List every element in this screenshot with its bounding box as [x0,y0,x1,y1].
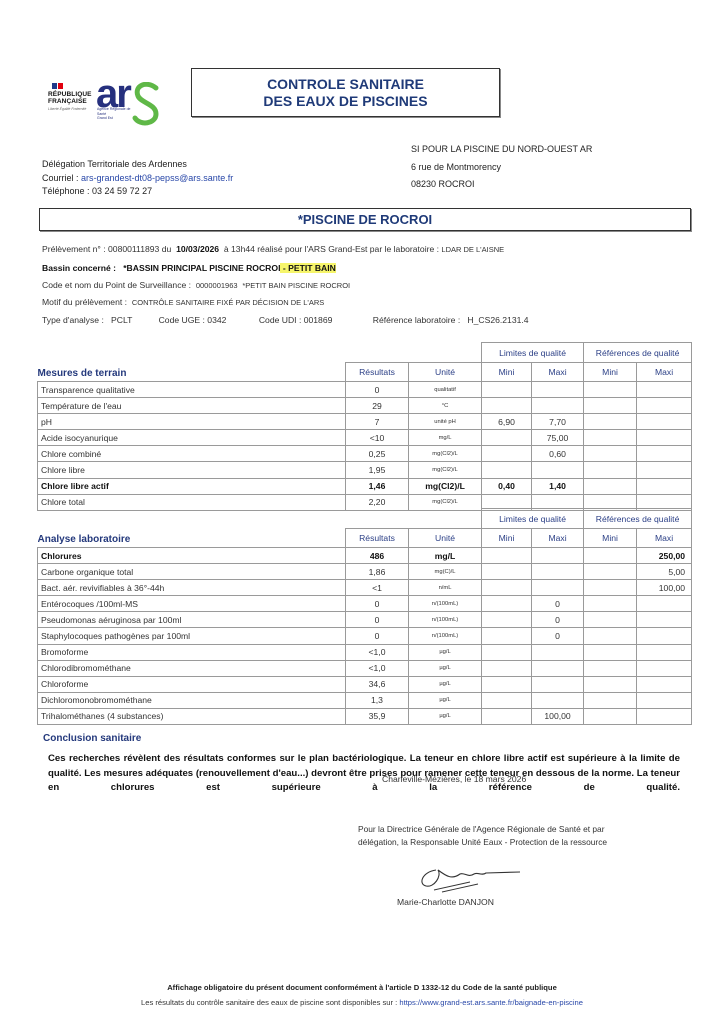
references-group-header: Références de qualité [584,509,692,529]
limit-min [482,580,532,596]
table-row: Bromoforme<1,0µg/L [38,644,692,660]
table-row: Pseudomonas aéruginosa par 100ml0n/(100m… [38,612,692,628]
labo-section-title: Analyse laboratoire [38,529,346,548]
limit-max: 0 [532,596,584,612]
reference-min [584,462,637,478]
marianne-flag-icon [52,83,94,89]
bassin-highlight: - PETIT BAIN [280,263,335,273]
limit-max: 0 [532,628,584,644]
parameter-name: pH [38,414,346,430]
conclusion-text: Ces recherches révèlent des résultats co… [48,752,680,796]
table-row: Dichloromonobromométhane1,3µg/L [38,692,692,708]
sender-delegation: Délégation Territoriale des Ardennes [42,158,233,172]
reference-max [637,430,692,446]
surveillance-point-line: Code et nom du Point de Surveillance : 0… [42,280,350,290]
table-row: Staphylocoques pathogènes par 100ml0n/(1… [38,628,692,644]
analysis-type-line: Type d'analyse : PCLT Code UGE : 0342 Co… [42,315,529,325]
references-group-header: Références de qualité [584,343,692,363]
reference-min [584,430,637,446]
delegation-text: Pour la Directrice Générale de l'Agence … [358,823,607,849]
reference-max: 5,00 [637,564,692,580]
reference-max [637,596,692,612]
parameter-name: Entérocoques /100ml-MS [38,596,346,612]
unit: µg/L [409,676,482,692]
result-value: 0 [346,628,409,644]
reference-min [584,692,637,708]
reference-min [584,382,637,398]
sample-date: 10/03/2026 [176,244,219,254]
reference-min [584,478,637,494]
parameter-name: Chloroforme [38,676,346,692]
table-row: Carbone organique total1,86mg(C)/L5,00 [38,564,692,580]
result-value: 34,6 [346,676,409,692]
pool-title: *PISCINE DE ROCROI [298,212,432,227]
recipient-city: 08230 ROCROI [411,176,592,194]
parameter-name: Bromoforme [38,644,346,660]
parameter-name: Trihalométhanes (4 substances) [38,708,346,724]
result-value: 1,95 [346,462,409,478]
reference-min [584,628,637,644]
limit-max: 75,00 [532,430,584,446]
result-value: 7 [346,414,409,430]
reference-max [637,398,692,414]
sender-email-link[interactable]: ars-grandest-dt08-pepss@ars.sante.fr [81,173,233,183]
parameter-name: Transparence qualitative [38,382,346,398]
limit-max: 0 [532,612,584,628]
table-row: Acide isocyanurique<10mg/L75,00 [38,430,692,446]
result-value: 486 [346,548,409,564]
limit-min [482,644,532,660]
table-row: Chlore libre actif1,46mg(Cl2)/L0,401,40 [38,478,692,494]
limit-max: 7,70 [532,414,584,430]
limit-min: 6,90 [482,414,532,430]
result-value: <1 [346,580,409,596]
republique-francaise-logo: RÉPUBLIQUE FRANÇAISE Liberté Égalité Fra… [48,83,94,111]
unit: n/(100mL) [409,596,482,612]
lab-name: LDAR DE L'AISNE [441,245,504,254]
signature-icon [412,862,522,896]
table-row: Entérocoques /100ml-MS0n/(100mL)0 [38,596,692,612]
reference-max [637,676,692,692]
limit-min [482,628,532,644]
result-value: 0 [346,612,409,628]
parameter-name: Température de l'eau [38,398,346,414]
parameter-name: Acide isocyanurique [38,430,346,446]
rf-name-line1: RÉPUBLIQUE [48,91,94,98]
recipient-name: SI POUR LA PISCINE DU NORD-OUEST AR [411,141,592,159]
reference-min [584,612,637,628]
unit: n/mL [409,580,482,596]
limits-group-header: Limites de qualité [482,343,584,363]
reference-max [637,414,692,430]
terrain-measures-table: Limites de qualité Références de qualité… [37,342,692,511]
unit: µg/L [409,644,482,660]
limit-max [532,462,584,478]
sender-block: Délégation Territoriale des Ardennes Cou… [42,158,233,199]
reference-min [584,676,637,692]
conclusion-title: Conclusion sanitaire [43,733,141,744]
result-value: 0,25 [346,446,409,462]
parameter-name: Carbone organique total [38,564,346,580]
limit-min [482,596,532,612]
limit-max: 1,40 [532,478,584,494]
table-row: Chlorodibromométhane<1,0µg/L [38,660,692,676]
reference-max [637,446,692,462]
result-value: <1,0 [346,644,409,660]
unit: qualitatif [409,382,482,398]
sender-email-line: Courriel : ars-grandest-dt08-pepss@ars.s… [42,172,233,186]
sample-line: Prélèvement n° : 00800111893 du 10/03/20… [42,244,504,254]
ars-logo: ar Agence Régionale de Santé Grand Est [96,76,162,126]
reference-min [584,564,637,580]
parameter-name: Staphylocoques pathogènes par 100ml [38,628,346,644]
limit-max [532,644,584,660]
unit: °C [409,398,482,414]
unit: mg(Cl2)/L [409,446,482,462]
reference-min [584,398,637,414]
limit-max: 100,00 [532,708,584,724]
unit: mg/L [409,548,482,564]
limit-max [532,548,584,564]
limit-max [532,692,584,708]
table-row: Chlorures486mg/L250,00 [38,548,692,564]
limit-min [482,398,532,414]
table-row: Bact. aér. revivifiables à 36°-44h<1n/mL… [38,580,692,596]
sender-phone: Téléphone : 03 24 59 72 27 [42,185,233,199]
unit: mg/L [409,430,482,446]
limit-min [482,462,532,478]
reference-max: 250,00 [637,548,692,564]
rf-motto: Liberté Égalité Fraternité [48,107,94,111]
reference-min [584,708,637,724]
table-row: pH7unité pH6,907,70 [38,414,692,430]
document-title-box: CONTROLE SANITAIRE DES EAUX DE PISCINES [191,68,500,117]
reference-max [637,612,692,628]
footer-url-link[interactable]: https://www.grand-est.ars.sante.fr/baign… [399,998,583,1007]
signer-name: Marie-Charlotte DANJON [397,897,494,907]
table-row: Transparence qualitative0qualitatif [38,382,692,398]
result-value: 0 [346,382,409,398]
bassin-value: *BASSIN PRINCIPAL PISCINE ROCROI [123,263,280,273]
limit-min [482,548,532,564]
lab-analysis-table: Limites de qualité Références de qualité… [37,508,692,725]
limit-min: 0,40 [482,478,532,494]
limit-min [482,446,532,462]
limit-max [532,676,584,692]
parameter-name: Chlore libre actif [38,478,346,494]
reference-max [637,660,692,676]
parameter-name: Chlorures [38,548,346,564]
reference-min [584,414,637,430]
unit: µg/L [409,708,482,724]
place-date: Charleville-Mézières, le 18 mars 2026 [382,774,526,784]
footer-mandatory-notice: Affichage obligatoire du présent documen… [0,983,724,992]
table-row: Chlore combiné0,25mg(Cl2)/L0,60 [38,446,692,462]
reference-max [637,628,692,644]
result-value: <10 [346,430,409,446]
reference-max: 100,00 [637,580,692,596]
recipient-block: SI POUR LA PISCINE DU NORD-OUEST AR 6 ru… [411,141,592,194]
reference-min [584,660,637,676]
limit-max: 0,60 [532,446,584,462]
result-value: 0 [346,596,409,612]
limit-max [532,660,584,676]
limit-min [482,660,532,676]
parameter-name: Dichloromonobromométhane [38,692,346,708]
limit-min [482,564,532,580]
table-row: Chlore libre1,95mg(Cl2)/L [38,462,692,478]
unit: unité pH [409,414,482,430]
parameter-name: Pseudomonas aéruginosa par 100ml [38,612,346,628]
limit-min [482,692,532,708]
reference-max [637,478,692,494]
limit-min [482,676,532,692]
reference-min [584,644,637,660]
limit-max [532,564,584,580]
limit-max [532,580,584,596]
result-value: <1,0 [346,660,409,676]
limit-min [482,430,532,446]
reference-min [584,548,637,564]
table-row: Trihalométhanes (4 substances)35,9µg/L10… [38,708,692,724]
parameter-name: Chlore libre [38,462,346,478]
unit: n/(100mL) [409,612,482,628]
document-title-line2: DES EAUX DE PISCINES [263,93,427,110]
parameter-name: Chlore combiné [38,446,346,462]
reference-max [637,644,692,660]
unit: mg(Cl2)/L [409,462,482,478]
result-value: 35,9 [346,708,409,724]
reference-max [637,462,692,478]
terrain-section-title: Mesures de terrain [38,363,346,382]
result-value: 1,46 [346,478,409,494]
footer-availability: Les résultats du contrôle sanitaire des … [0,998,724,1007]
reference-min [584,596,637,612]
table-row: Chloroforme34,6µg/L [38,676,692,692]
limit-min [482,382,532,398]
reference-min [584,580,637,596]
limit-max [532,382,584,398]
bassin-line: Bassin concerné : *BASSIN PRINCIPAL PISC… [42,263,336,273]
ars-subtitle: Agence Régionale de Santé Grand Est [97,107,137,121]
reference-max [637,692,692,708]
reference-max [637,382,692,398]
table-row: Température de l'eau29°C [38,398,692,414]
reference-min [584,446,637,462]
limit-max [532,398,584,414]
document-title-line1: CONTROLE SANITAIRE [267,76,424,93]
unit: µg/L [409,692,482,708]
recipient-street: 6 rue de Montmorency [411,159,592,177]
unit: n/(100mL) [409,628,482,644]
result-value: 29 [346,398,409,414]
parameter-name: Chlorodibromométhane [38,660,346,676]
unit: mg(Cl2)/L [409,478,482,494]
parameter-name: Bact. aér. revivifiables à 36°-44h [38,580,346,596]
pool-title-box: *PISCINE DE ROCROI [39,208,691,231]
reference-max [637,708,692,724]
limits-group-header: Limites de qualité [482,509,584,529]
limit-min [482,612,532,628]
result-value: 1,3 [346,692,409,708]
unit: mg(C)/L [409,564,482,580]
result-value: 1,86 [346,564,409,580]
limit-min [482,708,532,724]
motif-line: Motif du prélèvement : CONTRÔLE SANITAIR… [42,297,324,307]
unit: µg/L [409,660,482,676]
rf-name-line2: FRANÇAISE [48,98,94,105]
